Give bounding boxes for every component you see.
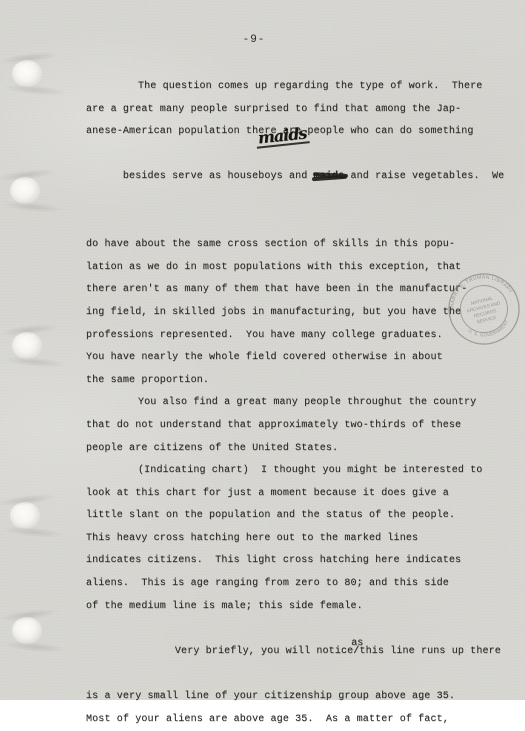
typed-line: people are citizens of the United States… [86,438,486,461]
handwritten-correction: maids [255,126,309,148]
typed-line: of the medium line is male; this side fe… [86,596,486,619]
typed-text: this line runs up there [359,646,500,657]
typed-line: This heavy cross hatching here out to th… [86,528,486,551]
inserted-word: as [351,633,363,656]
typed-line: there aren't as many of them that have b… [86,279,486,302]
typed-line: You have nearly the whole field covered … [86,347,486,370]
typed-line: lation as we do in most populations with… [86,257,486,280]
typed-line: are a great many people surprised to fin… [86,99,486,122]
scribbled-out-word: maids [314,171,345,182]
typed-line: is a very small line of your citizenship… [86,686,486,700]
typed-line: that do not understand that approximatel… [86,415,486,438]
typed-line: (Indicating chart) I thought you might b… [86,460,486,483]
typed-line: the same proportion. [86,370,486,393]
binder-hole [10,177,40,204]
binder-hole [12,617,42,644]
insertion-point: as/ [353,646,359,657]
svg-text:U. S. GOVERNMENT: U. S. GOVERNMENT [467,318,512,341]
binder-hole [12,332,42,359]
typed-line: professions represented. You have many c… [86,325,486,348]
typed-text: Very briefly, you will notice [175,646,353,657]
typed-line: aliens. This is age ranging from zero to… [86,573,486,596]
typed-line: The question comes up regarding the type… [86,76,486,99]
page-number: -9- [0,34,508,46]
typed-line-with-correction: besides serve as houseboys and maids and… [86,144,486,234]
typed-text: besides serve as houseboys and [123,171,314,182]
typed-line: You also find a great many people throug… [86,392,486,415]
scanned-page: -9- The question comes up regarding the … [0,0,525,700]
typed-text: and raise vegetables. We [344,171,504,182]
typed-line: indicates citizens. This light cross hat… [86,550,486,573]
typed-line-with-insertion: Very briefly, you will noticeas/this lin… [86,618,486,686]
binder-hole [12,60,42,87]
stamp-ring-bottom-text: U. S. GOVERNMENT [467,318,512,341]
typed-line: do have about the same cross section of … [86,234,486,257]
typed-line: little slant on the population and the s… [86,505,486,528]
binder-hole [10,502,40,529]
typed-line: ing field, in skilled jobs in manufactur… [86,302,486,325]
typed-text-block: The question comes up regarding the type… [86,76,486,700]
typed-line: look at this chart for just a moment bec… [86,483,486,506]
